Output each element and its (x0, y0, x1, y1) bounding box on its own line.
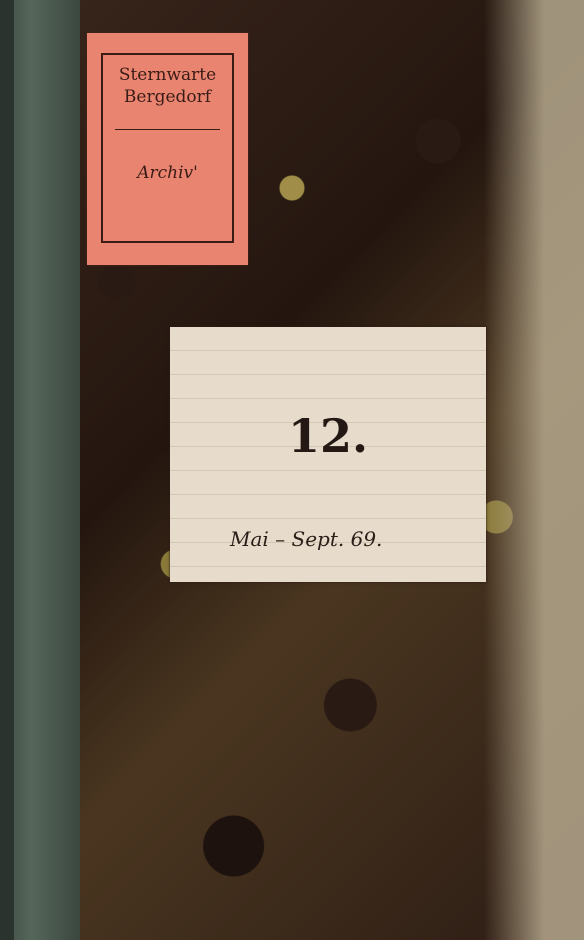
volume-number: 12. (170, 409, 486, 463)
label-line-2: Bergedorf (87, 87, 248, 107)
label-rule (115, 129, 220, 130)
volume-dates: Mai – Sept. 69. (230, 527, 382, 551)
archive-label: Sternwarte Bergedorf Archiv' (87, 33, 248, 265)
volume-label: 12. Mai – Sept. 69. (170, 327, 486, 582)
label-line-3: Archiv' (87, 163, 248, 183)
spine-edge (0, 0, 14, 940)
cloth-spine (0, 0, 80, 940)
worn-edge (484, 0, 584, 940)
label-line-1: Sternwarte (87, 65, 248, 85)
